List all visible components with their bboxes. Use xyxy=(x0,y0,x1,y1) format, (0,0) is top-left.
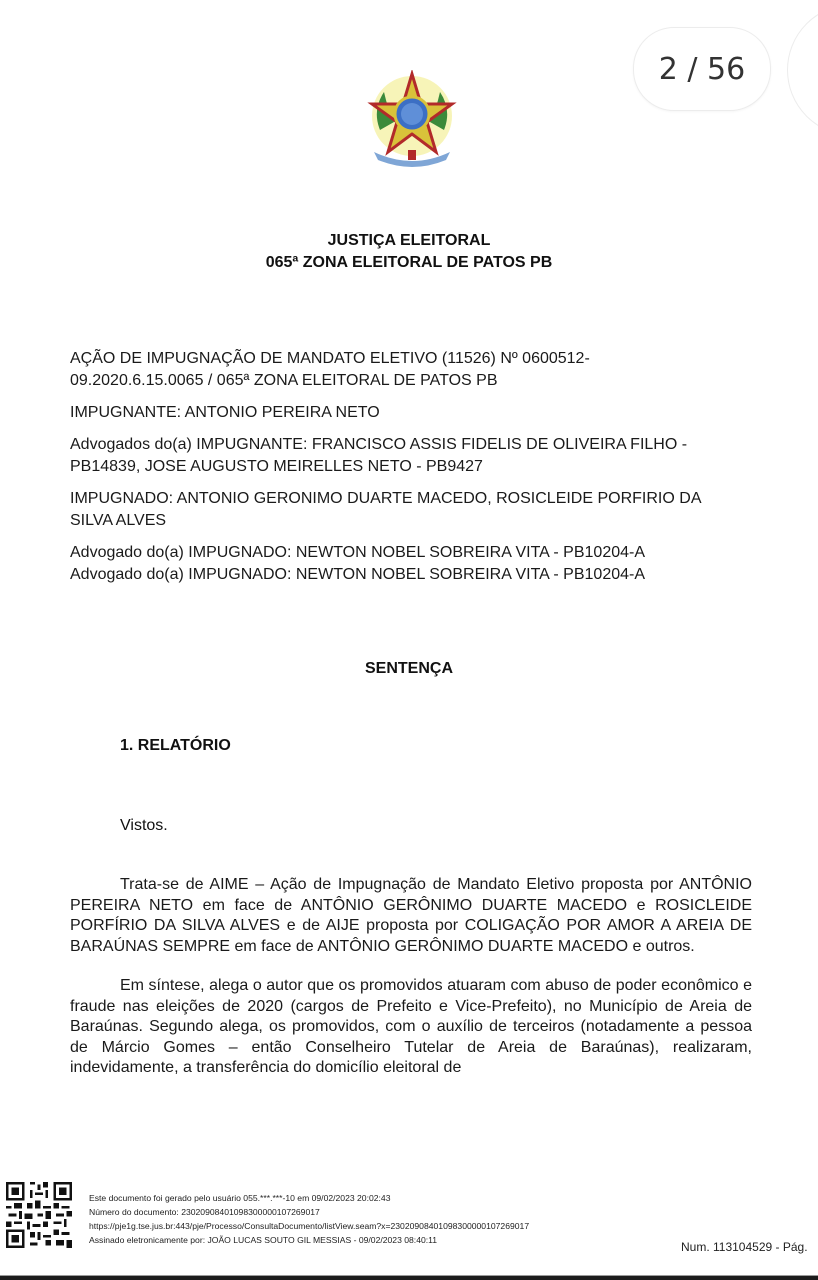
case-advogado-impugnado: Advogado do(a) IMPUGNADO: NEWTON NOBEL S… xyxy=(70,564,760,586)
case-impugnado: IMPUGNADO: ANTONIO GERONIMO DUARTE MACED… xyxy=(70,488,760,532)
document-body: Trata-se de AIME – Ação de Impugnação de… xyxy=(70,875,752,1098)
footer-page-number: Num. 113104529 - Pág. xyxy=(681,1240,808,1254)
footer-info: Este documento foi gerado pelo usuário 0… xyxy=(89,1191,529,1247)
paragraph: Trata-se de AIME – Ação de Impugnação de… xyxy=(70,875,752,957)
case-advogados-impugnante: Advogados do(a) IMPUGNANTE: FRANCISCO AS… xyxy=(70,434,760,478)
footer-generated-by: Este documento foi gerado pelo usuário 0… xyxy=(89,1191,529,1205)
court-zone: 065ª ZONA ELEITORAL DE PATOS PB xyxy=(0,252,818,274)
brazil-coat-of-arms-icon xyxy=(366,70,458,170)
viewer-side-button[interactable] xyxy=(787,4,818,136)
case-impugnante: IMPUGNANTE: ANTONIO PEREIRA NETO xyxy=(70,402,760,424)
opening-text: Vistos. xyxy=(120,817,168,835)
court-header: JUSTIÇA ELEITORAL 065ª ZONA ELEITORAL DE… xyxy=(0,230,818,274)
system-nav-bar xyxy=(0,1275,818,1280)
document-title: SENTENÇA xyxy=(0,660,818,678)
case-details: AÇÃO DE IMPUGNAÇÃO DE MANDATO ELETIVO (1… xyxy=(70,348,760,586)
section-title: 1. RELATÓRIO xyxy=(120,737,231,755)
footer-signed-by: Assinado eletronicamente por: JOÃO LUCAS… xyxy=(89,1233,529,1247)
case-advogado-impugnado: Advogado do(a) IMPUGNADO: NEWTON NOBEL S… xyxy=(70,542,760,564)
court-name: JUSTIÇA ELEITORAL xyxy=(0,230,818,252)
paragraph: Em síntese, alega o autor que os promovi… xyxy=(70,976,752,1079)
case-action: AÇÃO DE IMPUGNAÇÃO DE MANDATO ELETIVO (1… xyxy=(70,348,760,392)
footer-url[interactable]: https://pje1g.tse.jus.br:443/pje/Process… xyxy=(89,1219,529,1233)
footer-document-number: Número do documento: 2302090840109830000… xyxy=(89,1205,529,1219)
page-indicator: 2 / 56 xyxy=(633,27,771,111)
qr-code-icon xyxy=(6,1182,72,1248)
